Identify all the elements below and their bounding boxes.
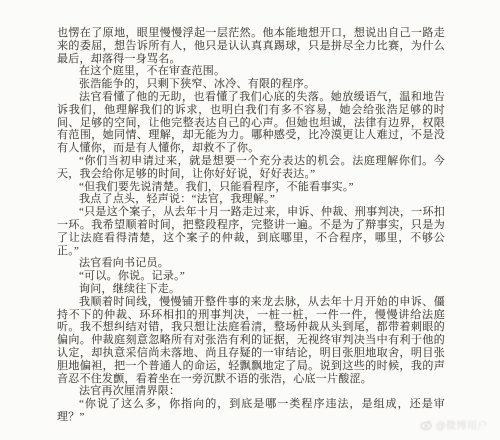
paragraph: 法官再次厘清界限： (57, 385, 445, 398)
document-page: 也愣在了原地，眼里慢慢浮起一层茫然。他本能地想开口，想说出自己一路走来的委屈，想… (0, 0, 500, 440)
paragraph: “只是这个案子，从去年十月一路走过来，申诉、仲裁、刑事判决，一环扣一环。我希望顺… (57, 206, 445, 257)
paragraph: 在这个庭里，不在审查范围。 (57, 65, 445, 78)
paragraph: 我点了点头，轻声说：“法官，我理解。” (57, 193, 445, 206)
watermark-text: @微博用户 (435, 417, 488, 432)
weibo-eye-icon (420, 419, 432, 431)
paragraph: 也愣在了原地，眼里慢慢浮起一层茫然。他本能地想开口，想说出自己一路走来的委屈，想… (57, 27, 445, 65)
paragraph: 我顺着时间线，慢慢铺开整件事的来龙去脉，从去年十月开始的申诉、僵持不下的仲裁、环… (57, 296, 445, 386)
paragraph: “你说了这么多，你指向的，到底是哪一类程序违法，是组成，还是审理？” (57, 398, 445, 424)
paragraph: “你们当初申请过来，就是想要一个充分表达的机会。法庭理解你们。今天，我会给你足够… (57, 155, 445, 181)
paragraph: 询问，继续往下走。 (57, 283, 445, 296)
paragraph: 张浩能争的，只剩下狭窄、冰冷、有限的程序。 (57, 78, 445, 91)
page-text: 也愣在了原地，眼里慢慢浮起一层茫然。他本能地想开口，想说出自己一路走来的委屈，想… (57, 27, 445, 424)
watermark: @微博用户 (420, 417, 488, 432)
paragraph: “可以。你说。记录。” (57, 270, 445, 283)
paragraph: 法官看向书记员。 (57, 257, 445, 270)
paragraph: “但我们要先说清楚。我们，只能看程序，不能看事实。” (57, 181, 445, 194)
paragraph: 法官看懂了他的无助，也看懂了我们心底的失落。她放缓语气，温和地告诉我们，他理解我… (57, 91, 445, 155)
